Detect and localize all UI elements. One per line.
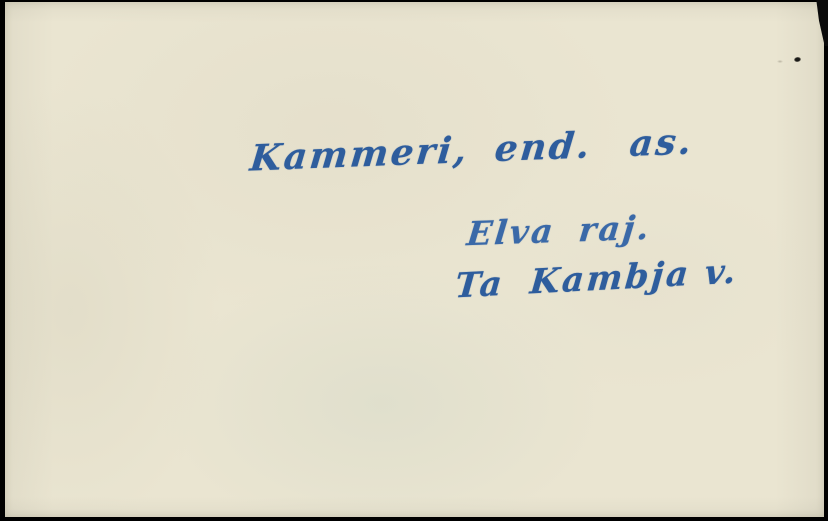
handwriting-word-county-abbr: Ta bbox=[453, 264, 506, 307]
handwritten-line-district: Elvaraj. bbox=[466, 208, 652, 253]
ink-speck bbox=[794, 57, 802, 63]
index-card: Kammeri,end.as. Elvaraj. TaKambja v. bbox=[5, 2, 824, 517]
handwriting-word-place-name: Kammeri, bbox=[248, 129, 471, 180]
handwriting-word-parish-name: Kambja v. bbox=[528, 251, 739, 302]
handwriting-word-former-abbr: end. bbox=[493, 124, 594, 170]
faint-smudge bbox=[777, 60, 783, 63]
handwriting-word-district-name: Elva bbox=[465, 211, 557, 253]
handwriting-word-settlement-abbr: as. bbox=[627, 120, 695, 165]
handwritten-line-parish: TaKambja v. bbox=[454, 252, 739, 307]
handwritten-line-place-name: Kammeri,end.as. bbox=[249, 121, 694, 180]
scan-background: Kammeri,end.as. Elvaraj. TaKambja v. bbox=[0, 0, 828, 521]
handwriting-word-district-abbr: raj. bbox=[577, 208, 653, 250]
